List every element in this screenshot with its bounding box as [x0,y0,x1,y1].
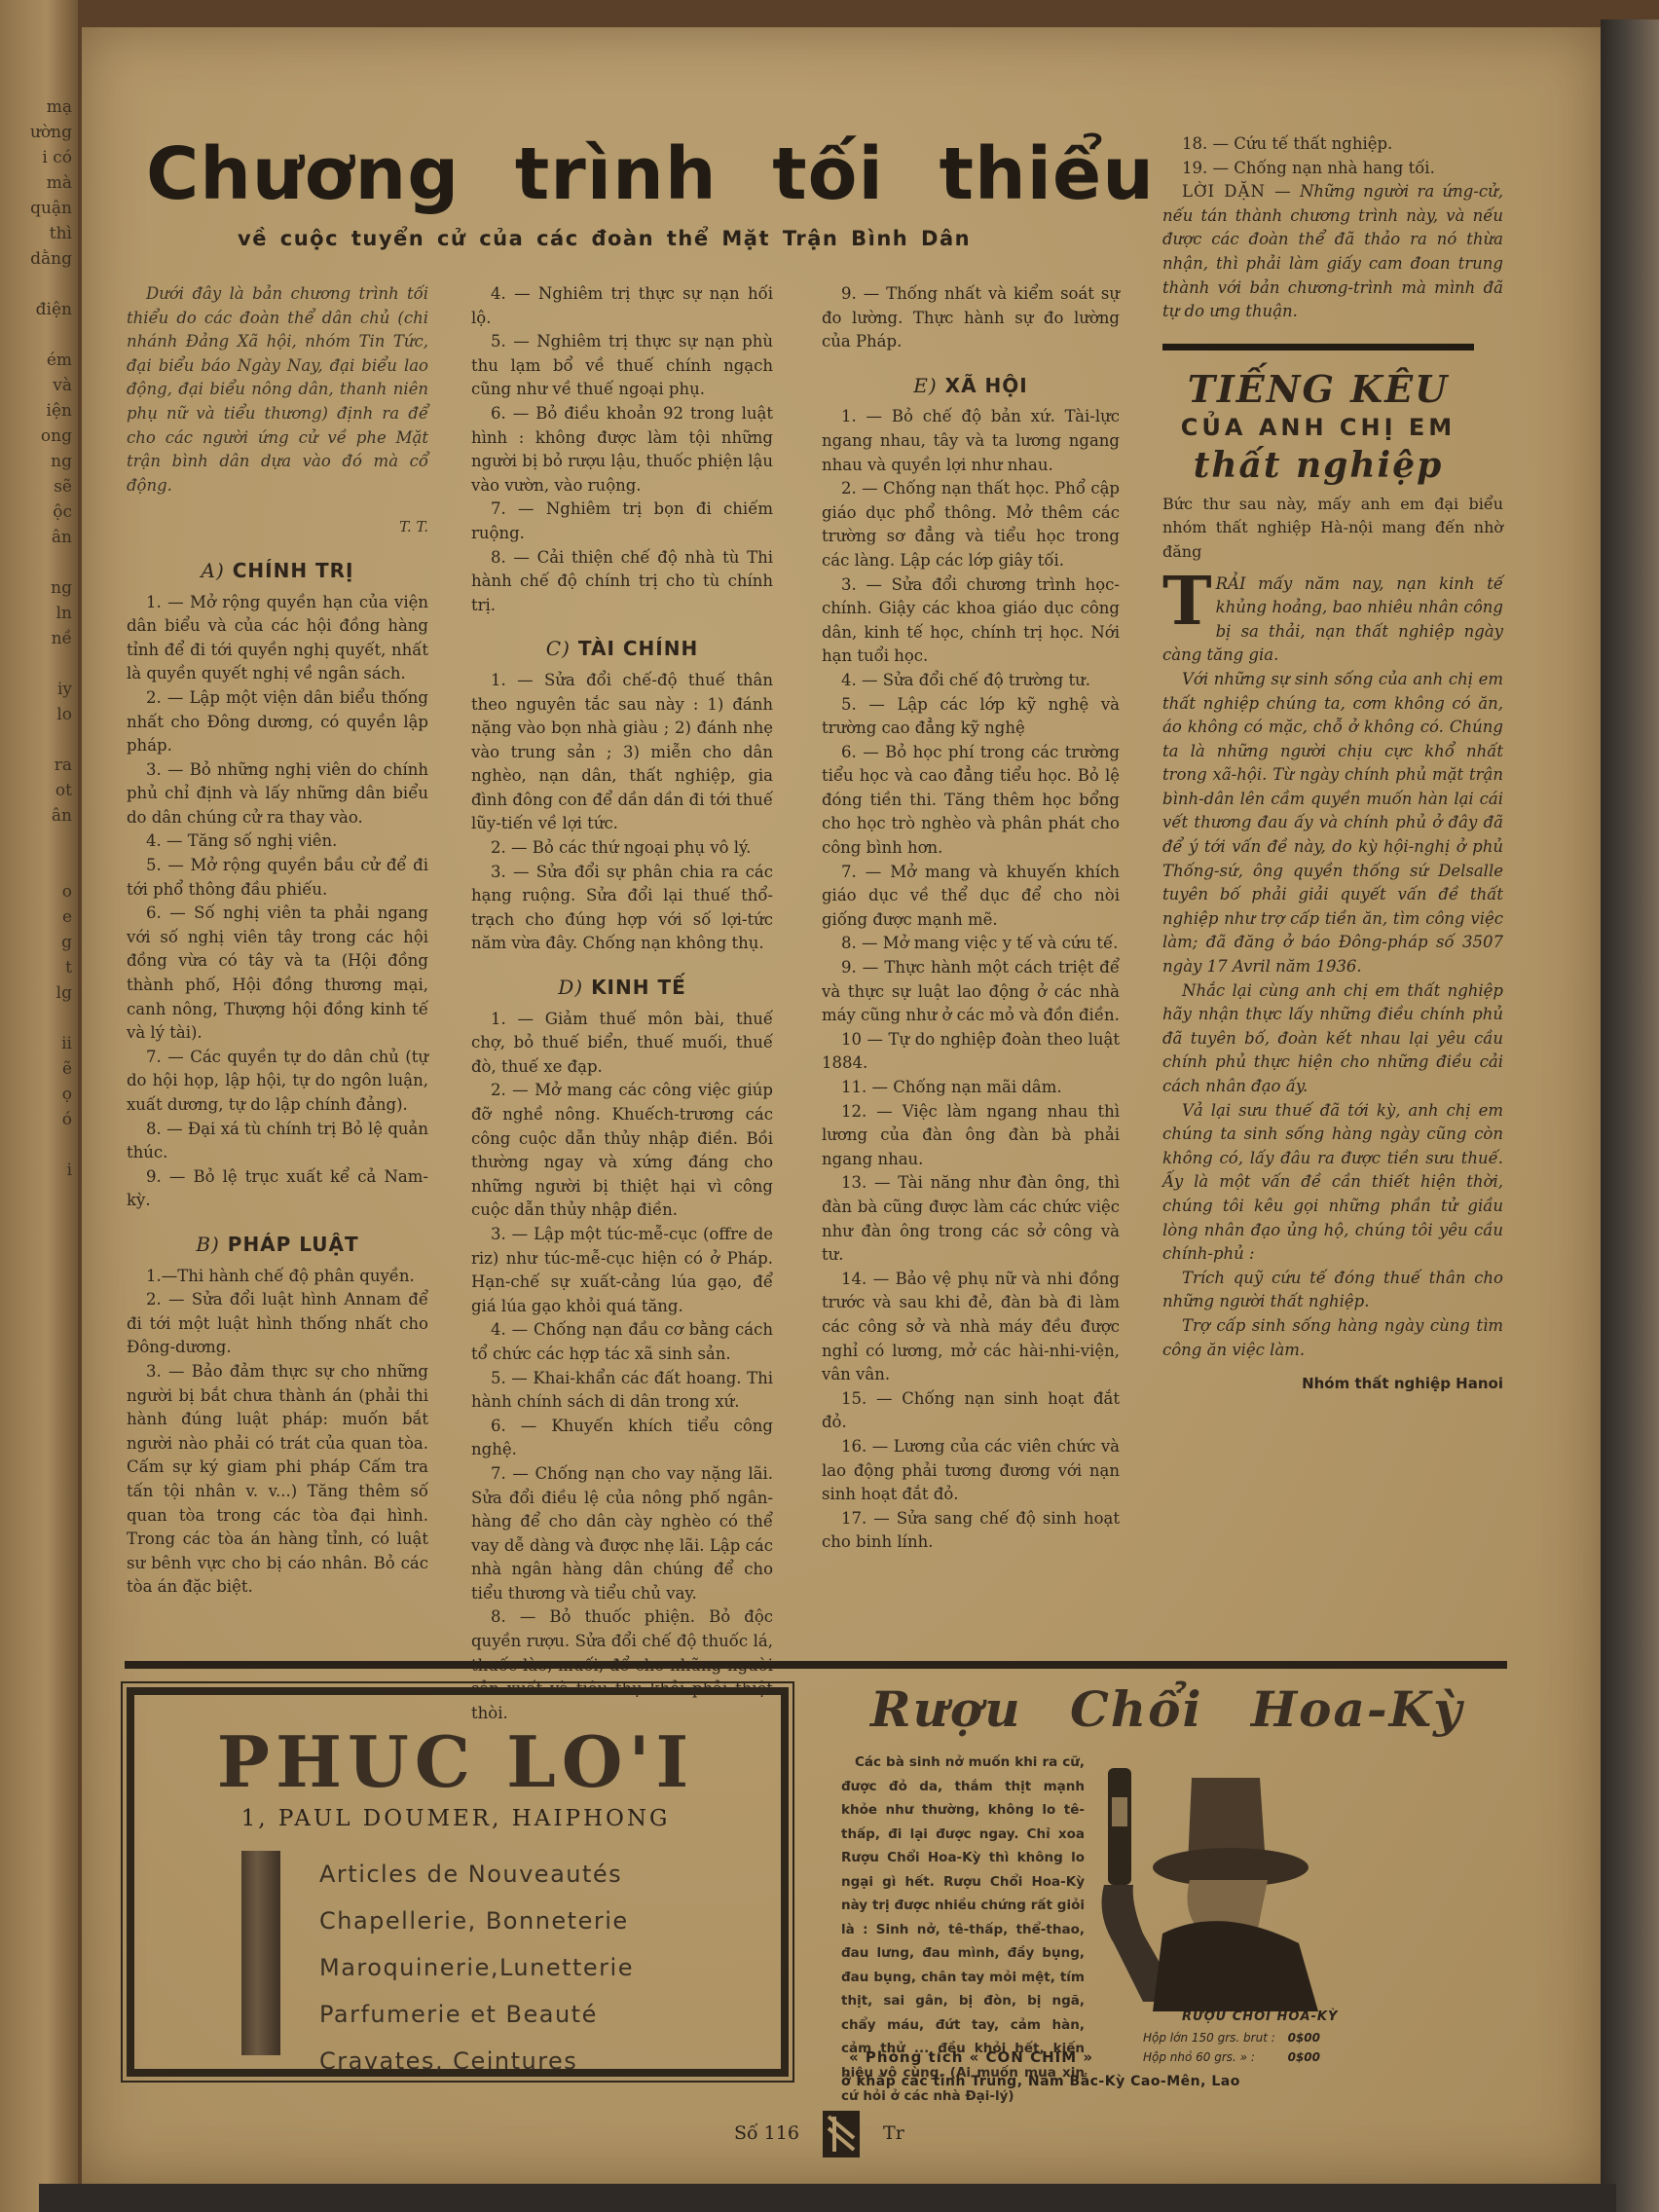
price-row: Hộp nhỏ 60 grs. » :0$00 [1143,2050,1318,2064]
section-xã-hội: E) XÃ HỘI1. — Bỏ chế độ bản xứ. Tài-lực … [822,374,1120,1555]
program-item: 3. — Bỏ những nghị viên do chính phủ chỉ… [127,758,428,830]
section-chính-trị: A) CHÍNH TRỊ1. — Mở rộng quyền hạn của v… [127,559,428,1213]
ad-product-item: Parfumerie et Beauté [319,1991,634,2038]
sidebar-letter: TRẢI mấy năm nay, nạn kinh tế khủng hoản… [1162,572,1503,1363]
adjacent-page-text-fragment: ân [52,806,72,826]
program-item: 2. — Mở mang các công việc giúp đỡ nghề … [471,1079,773,1223]
adjacent-page-text-fragment: ii [61,1034,72,1053]
column-4: 18. — Cứu tế thất nghiệp.19. — Chống nạn… [1162,132,1503,1396]
program-item: 9. — Bỏ lệ trục xuất kể cả Nam-kỳ. [127,1165,428,1213]
ad-address: 1, PAUL DOUMER, HAIPHONG [173,1806,738,1831]
program-item: 3. — Bảo đảm thực sự cho những người bị … [127,1360,428,1600]
section-heading: B) PHÁP LUẬT [127,1233,428,1257]
dropcap: T [1162,574,1212,629]
sidebar-heading-1: TIẾNG KÊU [1162,368,1474,411]
man-with-bottle-illustration-icon [1094,1758,1318,2011]
ad-product-item: Chapellerie, Bonneterie [319,1898,634,1944]
program-item: 2. — Bỏ các thứ ngoại phụ vô lý. [471,836,773,861]
article-intro: Dưới đây là bản chương trình tối thiểu d… [127,282,428,539]
sidebar-lede: Bức thư sau này, mấy anh em đại biểu nhó… [1162,493,1503,565]
letter-paragraph: Với những sự sinh sống của anh chị em th… [1162,668,1503,979]
program-item: 19. — Chống nạn nhà hang tối. [1162,157,1503,181]
section-heading: A) CHÍNH TRỊ [127,559,428,583]
adjacent-page-text-fragment: g [61,933,72,952]
program-item: 3. — Sửa đổi chương trình học-chính. Giậ… [822,573,1120,669]
book-binding-bottom [39,2184,1616,2212]
sidebar-signature: Nhóm thất nghiệp Hanoi [1162,1372,1503,1396]
intro-text: Dưới đây là bản chương trình tối thiểu d… [127,282,428,498]
program-item: 1. — Mở rộng quyền hạn của viện dân biểu… [127,591,428,686]
program-item: 7. — Các quyền tự do dân chủ (tự do hội … [127,1046,428,1118]
program-item: 16. — Lương của các viên chức và lao độn… [822,1435,1120,1507]
program-item: 4. — Chống nạn đầu cơ bằng cách tổ chức … [471,1318,773,1366]
program-item: 6. — Khuyến khích tiểu công nghệ. [471,1415,773,1462]
newspaper-page: Chương trình tối thiểu về cuộc tuyển cử … [82,27,1601,2184]
adjacent-page-text-fragment: và [53,376,72,395]
program-item: 6. — Bỏ học phí trong các trường tiểu họ… [822,741,1120,861]
ad-brand: PHUC LO'I [173,1720,738,1803]
section-pháp-luật: 4. — Nghiêm trị thực sự nạn hối lộ.5. — … [471,282,773,617]
program-item: 15. — Chống nạn sinh hoạt đắt đỏ. [822,1387,1120,1435]
adjacent-page-text-fragment: điện [36,300,72,319]
adjacent-page-text-fragment: iy [57,680,72,699]
closing-note: LỜI DẶN — Những người ra ứng-cử, nếu tán… [1162,180,1503,324]
program-item: 8. — Mở mang việc y tế và cứu tế. [822,932,1120,956]
intro-signature: T. T. [127,515,428,539]
adjacent-page-text-fragment: ng [51,578,72,598]
adjacent-page-text-fragment: lo [56,705,72,724]
closing-note-label: LỜI DẶN — [1182,182,1292,201]
price-row: Hộp lớn 150 grs. brut :0$00 [1143,2031,1318,2045]
section-heading: D) KINH TẾ [471,976,773,1000]
sidebar-heading-3: thất nghiệp [1162,444,1474,487]
program-item: 8. — Cải thiện chế độ nhà tù Thi hành ch… [471,546,773,618]
program-item: 8. — Đại xá tù chính trị Bỏ lệ quản thúc… [127,1118,428,1165]
ad-ruou-choi: Rượu Chổi Hoa-Kỳ Các bà sinh nở muốn khi… [831,1680,1513,2089]
program-item: 2. — Sửa đổi luật hình Annam để đi tới m… [127,1288,428,1360]
program-item: 17. — Sửa sang chế độ sinh hoạt cho binh… [822,1507,1120,1555]
ad-agent-line: « Phòng tích « CON CHIM » [849,2048,1093,2066]
adjacent-page-text-fragment: ân [52,528,72,547]
program-item: 6. — Số nghị viên ta phải ngang với số n… [127,902,428,1046]
program-item: 11. — Chống nạn mãi dâm. [822,1076,1120,1100]
adjacent-page-text-fragment: lg [56,983,72,1003]
program-item: 9. — Thống nhất và kiểm soát sự đo lường… [822,282,1120,354]
adjacent-page-text-fragment: quận [30,199,72,218]
section-xã-hội: 18. — Cứu tế thất nghiệp.19. — Chống nạn… [1162,132,1503,180]
adjacent-page-text-fragment: ot [55,781,72,800]
column-3: 9. — Thống nhất và kiểm soát sự đo lường… [822,282,1120,1555]
adjacent-page-text-fragment: ộc [53,502,72,522]
sidebar-heading-2: CỦA ANH CHỊ EM [1162,411,1474,444]
program-item: 4. — Sửa đổi chế độ trường tư. [822,669,1120,693]
ad-phuc-loi: PHUC LO'I 1, PAUL DOUMER, HAIPHONG Artic… [127,1687,789,2077]
adjacent-page-text-fragment: t [65,958,72,977]
program-item: 3. — Lập một túc-mễ-cục (offre de riz) n… [471,1223,773,1318]
ad-agent-regions: ở khắp các tỉnh Trung, Nam Bắc-Kỳ Cao-Mê… [841,2074,1240,2089]
adjacent-page-text-fragment: ng [51,452,72,471]
adjacent-page-text-fragment: mà [47,173,72,193]
program-item: 12. — Việc làm ngang nhau thì lương của … [822,1100,1120,1172]
section-heading: E) XÃ HỘI [822,374,1120,398]
article-title: Chương trình tối thiểu [146,132,1155,216]
program-item: 5. — Nghiêm trị thực sự nạn phù thu lạm … [471,330,773,402]
section-kinh-tế: 9. — Thống nhất và kiểm soát sự đo lường… [822,282,1120,354]
ad-product-item: Maroquinerie,Lunetterie [319,1944,634,1991]
program-item: 7. — Chống nạn cho vay nặng lãi. Sửa đổi… [471,1462,773,1606]
adjacent-page-text-fragment: mạ [47,97,72,117]
program-item: 13. — Tài năng như đàn ông, thì đàn bà c… [822,1171,1120,1267]
ad-product-list: Articles de NouveautésChapellerie, Bonne… [319,1851,634,2084]
adjacent-page-text-fragment: e [62,907,72,927]
product-caption: RƯỢU CHỔI HOA-KỲ [1182,2009,1338,2024]
letter-paragraph: Nhắc lại cùng anh chị em thất nghiệp hãy… [1162,979,1503,1099]
letter-paragraph: Vả lại sưu thuế đã tới kỳ, anh chị em ch… [1162,1099,1503,1267]
article-subtitle: về cuộc tuyển cử của các đoàn thể Mặt Tr… [238,227,971,250]
adjacent-page-text-fragment: i [67,1161,72,1180]
adjacent-page-text-fragment: ó [62,1110,72,1129]
section-tài-chính: C) TÀI CHÍNH1. — Sửa đổi chế-độ thuế thâ… [471,637,773,956]
program-item: 7. — Nghiêm trị bọn đi chiếm ruộng. [471,498,773,545]
program-item: 18. — Cứu tế thất nghiệp. [1162,132,1503,157]
letter-paragraph: TRẢI mấy năm nay, nạn kinh tế khủng hoản… [1162,572,1503,668]
program-item: 10 — Tự do nghiệp đoàn theo luật 1884. [822,1028,1120,1076]
section-pháp-luật: B) PHÁP LUẬT1.—Thi hành chế độ phân quyề… [127,1233,428,1600]
program-item: 5. — Mở rộng quyền bầu cử để đi tới phổ … [127,854,428,902]
program-item: 14. — Bảo vệ phụ nữ và nhi đồng trước và… [822,1268,1120,1387]
program-item: 3. — Sửa đổi sự phân chia ra các hạng ru… [471,861,773,956]
letter-paragraph: Trích quỹ cứu tế đóng thuế thân cho nhữn… [1162,1267,1503,1314]
adjacent-page-text-fragment: dằng [30,249,72,269]
adjacent-page-text-fragment: i có [42,148,72,167]
program-item: 2. — Lập một viện dân biểu thống nhất ch… [127,686,428,758]
adjacent-page-text-fragment: ra [55,756,72,775]
program-item: 6. — Bỏ điều khoản 92 trong luật hình : … [471,402,773,498]
adjacent-page-text-fragment: ẽ [62,1059,72,1079]
column-2: 4. — Nghiêm trị thực sự nạn hối lộ.5. — … [471,282,773,1725]
program-item: 4. — Tăng số nghị viên. [127,829,428,854]
program-item: 2. — Chống nạn thất học. Phổ cập giáo dụ… [822,477,1120,572]
adjacent-page-text-fragment: ường [30,123,72,142]
ad-product-item: Articles de Nouveautés [319,1851,634,1898]
program-item: 1. — Sửa đổi chế-độ thuế thân theo nguyê… [471,669,773,836]
program-item: 5. — Khai-khẩn các đất hoang. Thi hành c… [471,1367,773,1415]
program-item: 5. — Lập các lớp kỹ nghệ và trường cao đ… [822,693,1120,741]
program-item: 1.—Thi hành chế độ phân quyền. [127,1265,428,1289]
program-item: 4. — Nghiêm trị thực sự nạn hối lộ. [471,282,773,330]
adjacent-page-text-fragment: ln [56,604,72,623]
program-item: 9. — Thực hành một cách triệt để và thực… [822,956,1120,1028]
adjacent-page-text-fragment: nề [52,629,72,648]
nn-masthead-logo-icon [821,2109,862,2159]
program-item: 1. — Bỏ chế độ bản xứ. Tài-lực ngang nha… [822,405,1120,477]
adjacent-page-text-fragment: ọ [62,1085,72,1104]
ad-headline: Rượu Chổi Hoa-Kỳ [870,1680,1463,1738]
page-label: Tr [883,2122,904,2144]
page-footer: Số 116 Tr [734,2109,904,2159]
adjacent-page-text-fragment: o [62,882,72,902]
decorative-bar-icon [241,1851,280,2055]
adjacent-page-text-fragment: iện [47,401,72,421]
issue-number: Số 116 [734,2122,799,2144]
book-cover-edge [1601,19,1659,2212]
adjacent-page-text-fragment: ong [41,426,72,446]
adjacent-page-text-fragment: ém [47,350,72,370]
ad-product-item: Cravates, Ceintures [319,2038,634,2084]
adjacent-page-edge: mạườngi cómàquậnthìdằngđiệnémvàiệnongngs… [0,0,78,2212]
section-heading: C) TÀI CHÍNH [471,637,773,661]
section-kinh-tế: D) KINH TẾ1. — Giảm thuế môn bài, thuế c… [471,976,773,1725]
adjacent-page-text-fragment: thì [50,224,72,243]
section-divider [1162,344,1474,350]
letter-paragraph: Trợ cấp sinh sống hàng ngày cùng tìm côn… [1162,1314,1503,1362]
column-1: Dưới đây là bản chương trình tối thiểu d… [127,282,428,1600]
program-item: 7. — Mở mang và khuyến khích giáo dục về… [822,861,1120,933]
adjacent-page-text-fragment: sẽ [54,477,72,497]
program-item: 1. — Giảm thuế môn bài, thuế chợ, bỏ thu… [471,1008,773,1080]
ads-divider [125,1661,1507,1669]
